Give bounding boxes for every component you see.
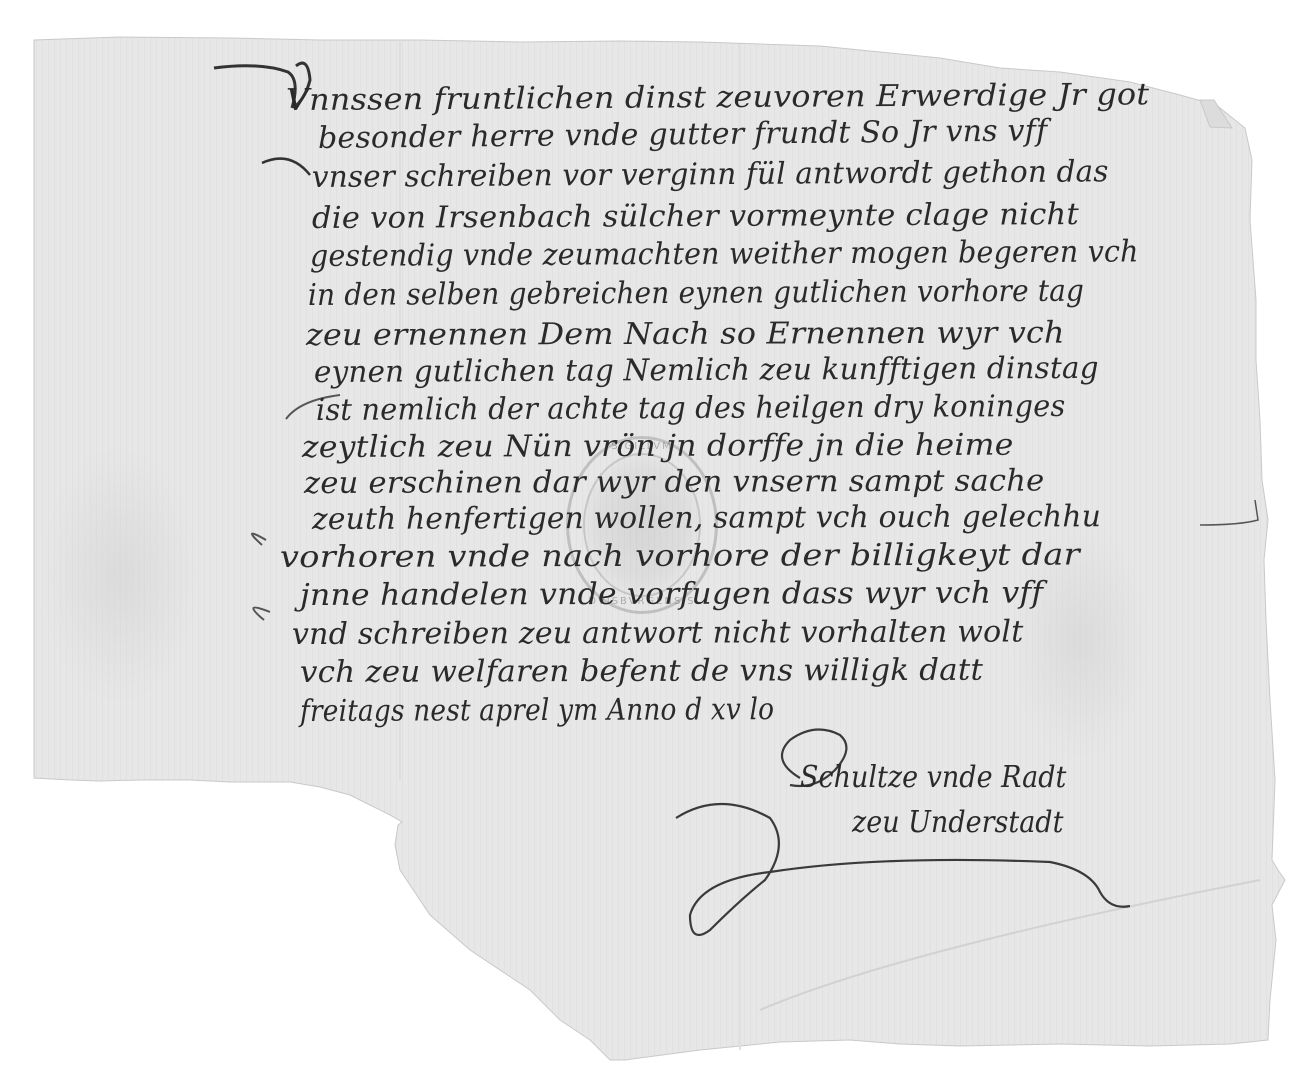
manuscript-line: besonder herre vnde gutter frundt So Jr …: [318, 116, 1048, 154]
manuscript-line: vch zeu welfaren befent de vns willigk d…: [300, 656, 983, 688]
manuscript-line: vorhoren vnde nach vorhore der billigkey…: [280, 541, 1080, 573]
manuscript-line: gestendig vnde zeumachten weither mogen …: [310, 237, 1139, 272]
manuscript-line: zeu ernennen Dem Nach so Ernennen wyr vc…: [306, 319, 1065, 351]
manuscript-line: die von Irsenbach sülcher vormeynte clag…: [312, 200, 1079, 234]
manuscript-line: jnne handelen vnde vorfugen dass wyr vch…: [300, 579, 1043, 611]
manuscript-line: zeytlich zeu Nün vrön jn dorffe jn die h…: [302, 431, 1014, 463]
manuscript-line: zeuth henfertigen wollen, sampt vch ouch…: [312, 502, 1101, 535]
manuscript-line: in den selben gebreichen eynen gutlichen…: [308, 277, 1084, 311]
manuscript-scan: SIGILLVM DVISBVRGENSIS Vnnssen fruntlich…: [0, 0, 1306, 1074]
manuscript-line: vnd schreiben zeu antwort nicht vorhalte…: [292, 617, 1024, 650]
closing-line-2: zeu Understadt: [852, 808, 1063, 838]
closing-line-1: Schultze vnde Radt: [800, 763, 1066, 793]
manuscript-line: Vnnssen fruntlichen dinst zeuvoren Erwer…: [286, 80, 1150, 116]
manuscript-line: zeu erschinen dar wyr den vnsern sampt s…: [304, 466, 1045, 499]
manuscript-line: vnser schreiben vor verginn fül antwordt…: [312, 157, 1109, 193]
manuscript-line: eynen gutlichen tag Nemlich zeu kunfftig…: [314, 354, 1099, 388]
manuscript-line: ist nemlich der achte tag des heilgen dr…: [316, 392, 1066, 426]
manuscript-text: Vnnssen fruntlichen dinst zeuvoren Erwer…: [0, 0, 1306, 1074]
manuscript-line: freitags nest aprel ym Anno d xv lo: [300, 695, 774, 727]
